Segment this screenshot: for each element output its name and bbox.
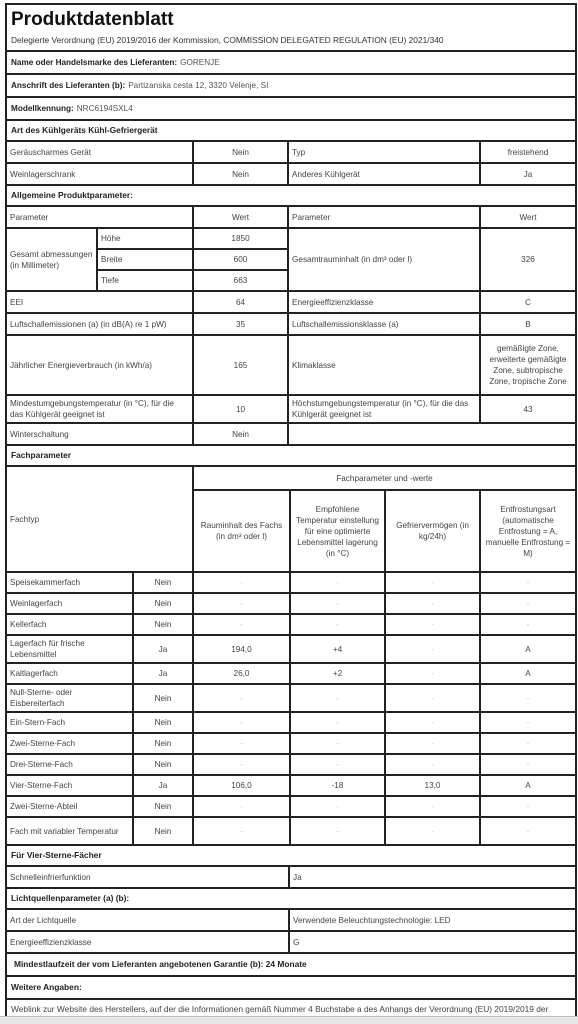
table-row: Mindestumgebungstemperatur (in °C), für … (7, 395, 575, 423)
compartments-table: Fachtyp Fachparameter und -werte Rauminh… (7, 467, 575, 846)
page-title: Produktdatenblatt (7, 5, 575, 34)
table-row: KellerfachNein---- (7, 614, 575, 635)
table-row: Null-Sterne- oder EisbereiterfachNein---… (7, 684, 575, 712)
table-row: Gesamt abmessungen (in Millimeter) Höhe … (7, 228, 575, 249)
four-star-table: Schnelleinfrierfunktion Ja (7, 867, 575, 889)
supplier-row: Name oder Handelsmarke des Lieferanten:G… (7, 52, 575, 75)
table-header-row: Fachtyp Fachparameter und -werte (7, 467, 575, 490)
table-row: EEI 64 Energieeffizienzklasse C (7, 291, 575, 313)
table-row: Drei-Sterne-FachNein---- (7, 754, 575, 775)
table-row: Geräuscharmes Gerät Nein Typ freistehend (7, 142, 575, 163)
supplier-value: GORENJE (180, 58, 220, 67)
viewport-bottom-edge (0, 1016, 578, 1024)
table-row: Schnelleinfrierfunktion Ja (7, 867, 575, 888)
appliance-type-table: Geräuscharmes Gerät Nein Typ freistehend… (7, 142, 575, 186)
warranty-row: Mindestlaufzeit der vom Lieferanten ange… (7, 954, 575, 977)
table-row: Zwei-Sterne-FachNein---- (7, 733, 575, 754)
section-light-source: Lichtquellenparameter (a) (b): (7, 889, 575, 910)
table-row: Vier-Sterne-FachJa106,0-1813,0A (7, 775, 575, 796)
light-source-table: Art der Lichtquelle Verwendete Beleuchtu… (7, 910, 575, 954)
section-four-star: Für Vier-Sterne-Fächer (7, 846, 575, 867)
address-row: Anschrift des Lieferanten (b):Partizansk… (7, 75, 575, 98)
section-compartments: Fachparameter (7, 446, 575, 467)
table-header-row: Parameter Wert Parameter Wert (7, 207, 575, 228)
table-row: Weinlagerschrank Nein Anderes Kühlgerät … (7, 163, 575, 185)
table-row: Fach mit variabler TemperaturNein---- (7, 817, 575, 845)
table-row: Ein-Stern-FachNein---- (7, 712, 575, 733)
product-data-sheet: Produktdatenblatt Delegierte Verordnung … (5, 3, 577, 1024)
table-row: Art der Lichtquelle Verwendete Beleuchtu… (7, 910, 575, 931)
section-general-params: Allgemeine Produktparameter: (7, 186, 575, 207)
table-row: Jährlicher Energieverbrauch (in kWh/a) 1… (7, 335, 575, 395)
table-row: Energieeffizienzklasse G (7, 931, 575, 953)
general-params-table: Parameter Wert Parameter Wert Gesamt abm… (7, 207, 575, 446)
model-value: NRC6194SXL4 (77, 104, 133, 113)
table-row: KaltlagerfachJa26,0+2-A (7, 663, 575, 684)
table-row: Zwei-Sterne-AbteilNein---- (7, 796, 575, 817)
table-row: WeinlagerfachNein---- (7, 593, 575, 614)
section-appliance-type: Art des Kühlgeräts Kühl-Gefriergerät (7, 121, 575, 142)
table-row: Lagerfach für frische LebensmittelJa194,… (7, 635, 575, 663)
section-further-info: Weitere Angaben: (7, 977, 575, 1000)
table-row: Luftschallemissionen (a) (in dB(A) re 1 … (7, 313, 575, 335)
address-value: Partizanska cesta 12, 3320 Velenje, SI (128, 81, 268, 90)
table-row: SpeisekammerfachNein---- (7, 572, 575, 593)
model-row: Modellkennung:NRC6194SXL4 (7, 98, 575, 121)
regulation-subtitle: Delegierte Verordnung (EU) 2019/2016 der… (7, 34, 575, 52)
table-row: Winterschaltung Nein (7, 423, 575, 445)
